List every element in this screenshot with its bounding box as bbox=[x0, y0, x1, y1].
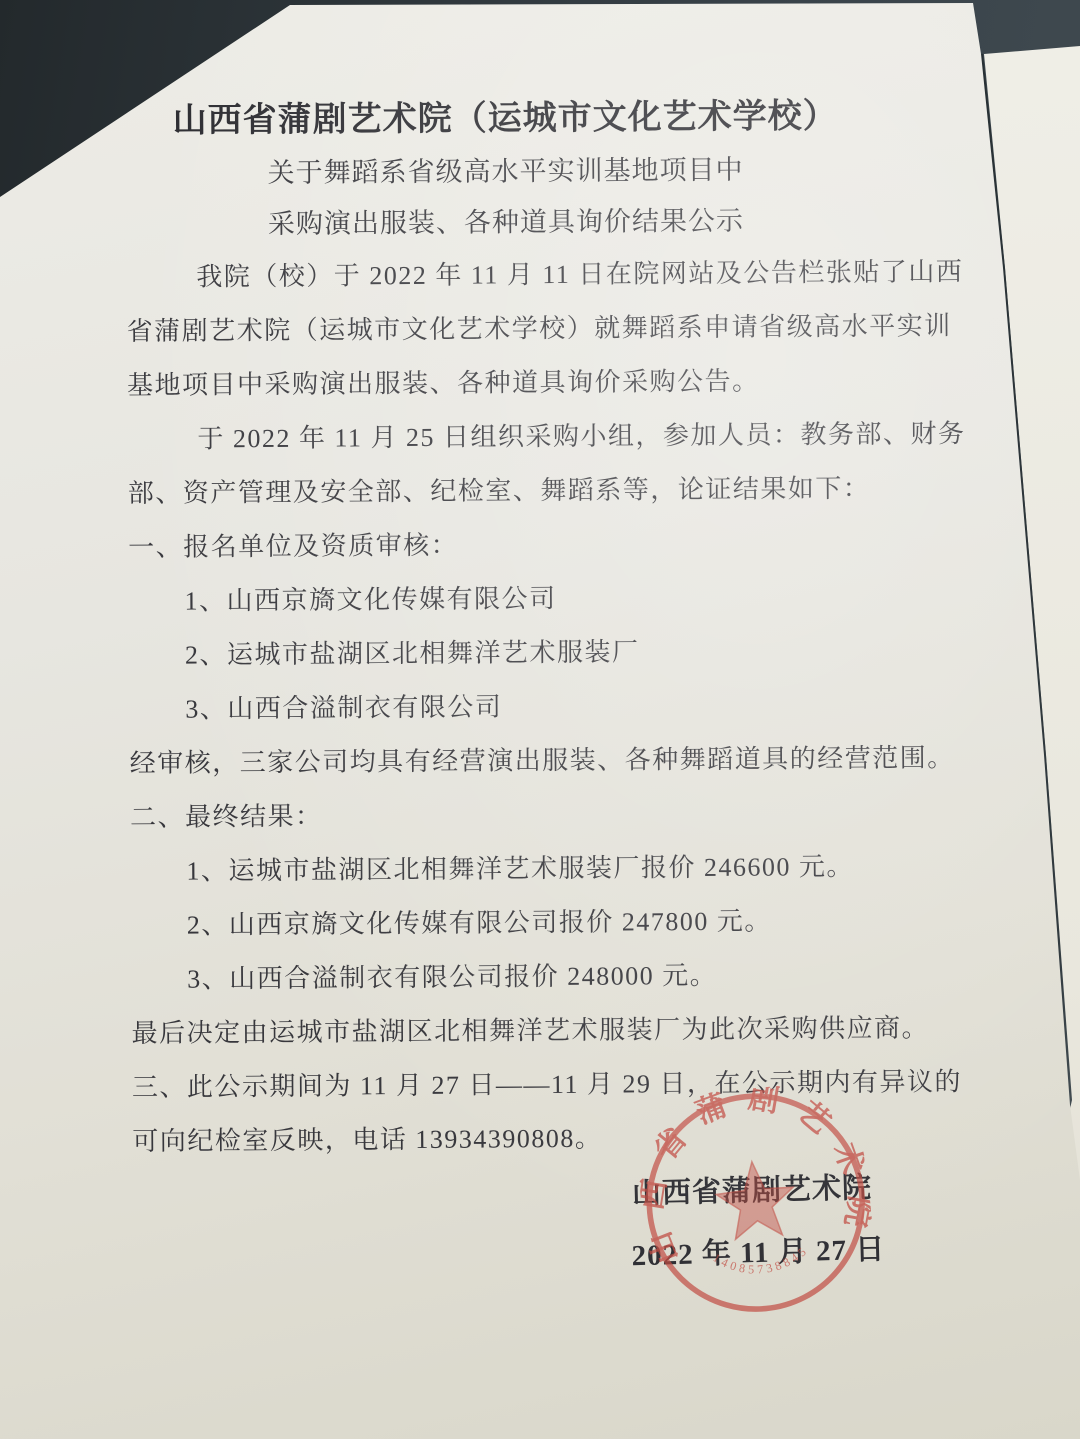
body-line: 部、资产管理及安全部、纪检室、舞蹈系等，论证结果如下： bbox=[128, 461, 998, 521]
document-subtitle-1: 关于舞蹈系省级高水平实训基地项目中 bbox=[125, 144, 885, 200]
body-line: 最后决定由运城市盐湖区北相舞洋艺术服装厂为此次采购供应商。 bbox=[131, 1001, 1001, 1061]
section-heading-3: 三、此公示期间为 11 月 27 日——11 月 29 日，在公示期内有异议的 bbox=[132, 1055, 1002, 1115]
quote-item: 3、山西合溢制衣有限公司报价 248000 元。 bbox=[187, 947, 1001, 1007]
quote-item: 1、运城市盐湖区北相舞洋艺术服装厂报价 246600 元。 bbox=[186, 839, 1000, 899]
document-title: 山西省蒲剧艺术院（运城市文化艺术学校） bbox=[125, 90, 885, 149]
document-page: 山西省蒲剧艺术院（运城市文化艺术学校） 关于舞蹈系省级高水平实训基地项目中 采购… bbox=[0, 0, 1080, 1439]
bidder-item: 3、山西合溢制衣有限公司 bbox=[185, 677, 999, 737]
section-heading-1: 一、报名单位及资质审核： bbox=[128, 515, 998, 575]
document-content: 山西省蒲剧艺术院（运城市文化艺术学校） 关于舞蹈系省级高水平实训基地项目中 采购… bbox=[125, 89, 1003, 1293]
photo-scene: 山西省蒲剧艺术院（运城市文化艺术学校） 关于舞蹈系省级高水平实训基地项目中 采购… bbox=[0, 0, 1080, 1439]
star-icon bbox=[713, 1158, 797, 1241]
body-line: 我院（校）于 2022 年 11 月 11 日在院网站及公告栏张贴了山西 bbox=[196, 245, 996, 305]
official-seal-stamp: 山西省蒲剧艺术院 14085738845 bbox=[632, 1078, 880, 1326]
quote-item: 2、山西京旖文化传媒有限公司报价 247800 元。 bbox=[187, 893, 1001, 953]
document-header: 山西省蒲剧艺术院（运城市文化艺术学校） 关于舞蹈系省级高水平实训基地项目中 采购… bbox=[125, 90, 886, 251]
body-line: 基地项目中采购演出服装、各种道具询价采购公告。 bbox=[127, 353, 997, 413]
body-line: 经审核，三家公司均具有经营演出服装、各种舞蹈道具的经营范围。 bbox=[129, 731, 999, 791]
document-subtitle-2: 采购演出服装、各种道具询价结果公示 bbox=[126, 195, 886, 251]
body-line: 省蒲剧艺术院（运城市文化艺术学校）就舞蹈系申请省级高水平实训 bbox=[126, 299, 996, 359]
bidder-item: 1、山西京旖文化传媒有限公司 bbox=[184, 569, 998, 629]
svg-text:14085738845: 14085738845 bbox=[709, 1242, 813, 1281]
bidder-item: 2、运城市盐湖区北相舞洋艺术服装厂 bbox=[185, 623, 999, 683]
body-line: 于 2022 年 11 月 25 日组织采购小组，参加人员：教务部、财务 bbox=[197, 407, 997, 467]
section-heading-2: 二、最终结果： bbox=[130, 785, 1000, 845]
seal-serial-number: 14085738845 bbox=[709, 1242, 813, 1281]
